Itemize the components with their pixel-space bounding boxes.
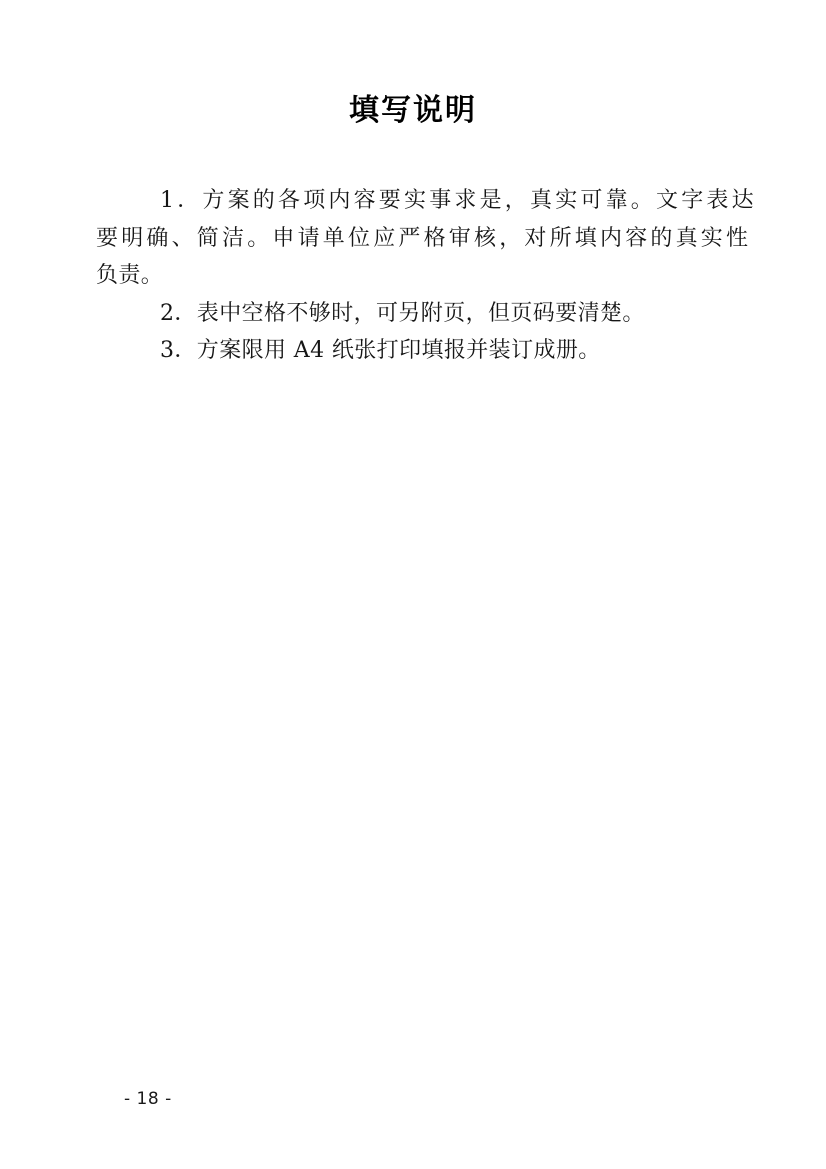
document-page: 填写说明 1．方案的各项内容要实事求是，真实可靠。文字表达 要明确、简洁。申请单… [0, 0, 826, 1169]
instruction-line-5: 3．方案限用 A4 纸张打印填报并装订成册。 [96, 332, 708, 370]
page-title: 填写说明 [0, 92, 826, 129]
instruction-line-3: 负责。 [96, 257, 708, 295]
instructions-section: 1．方案的各项内容要实事求是，真实可靠。文字表达 要明确、简洁。申请单位应严格审… [96, 182, 708, 370]
instruction-line-1: 1．方案的各项内容要实事求是，真实可靠。文字表达 [96, 182, 708, 220]
page-number: - 18 - [124, 1089, 172, 1109]
instruction-line-4: 2．表中空格不够时，可另附页，但页码要清楚。 [96, 295, 708, 333]
instruction-line-2: 要明确、简洁。申请单位应严格审核，对所填内容的真实性 [96, 220, 708, 258]
